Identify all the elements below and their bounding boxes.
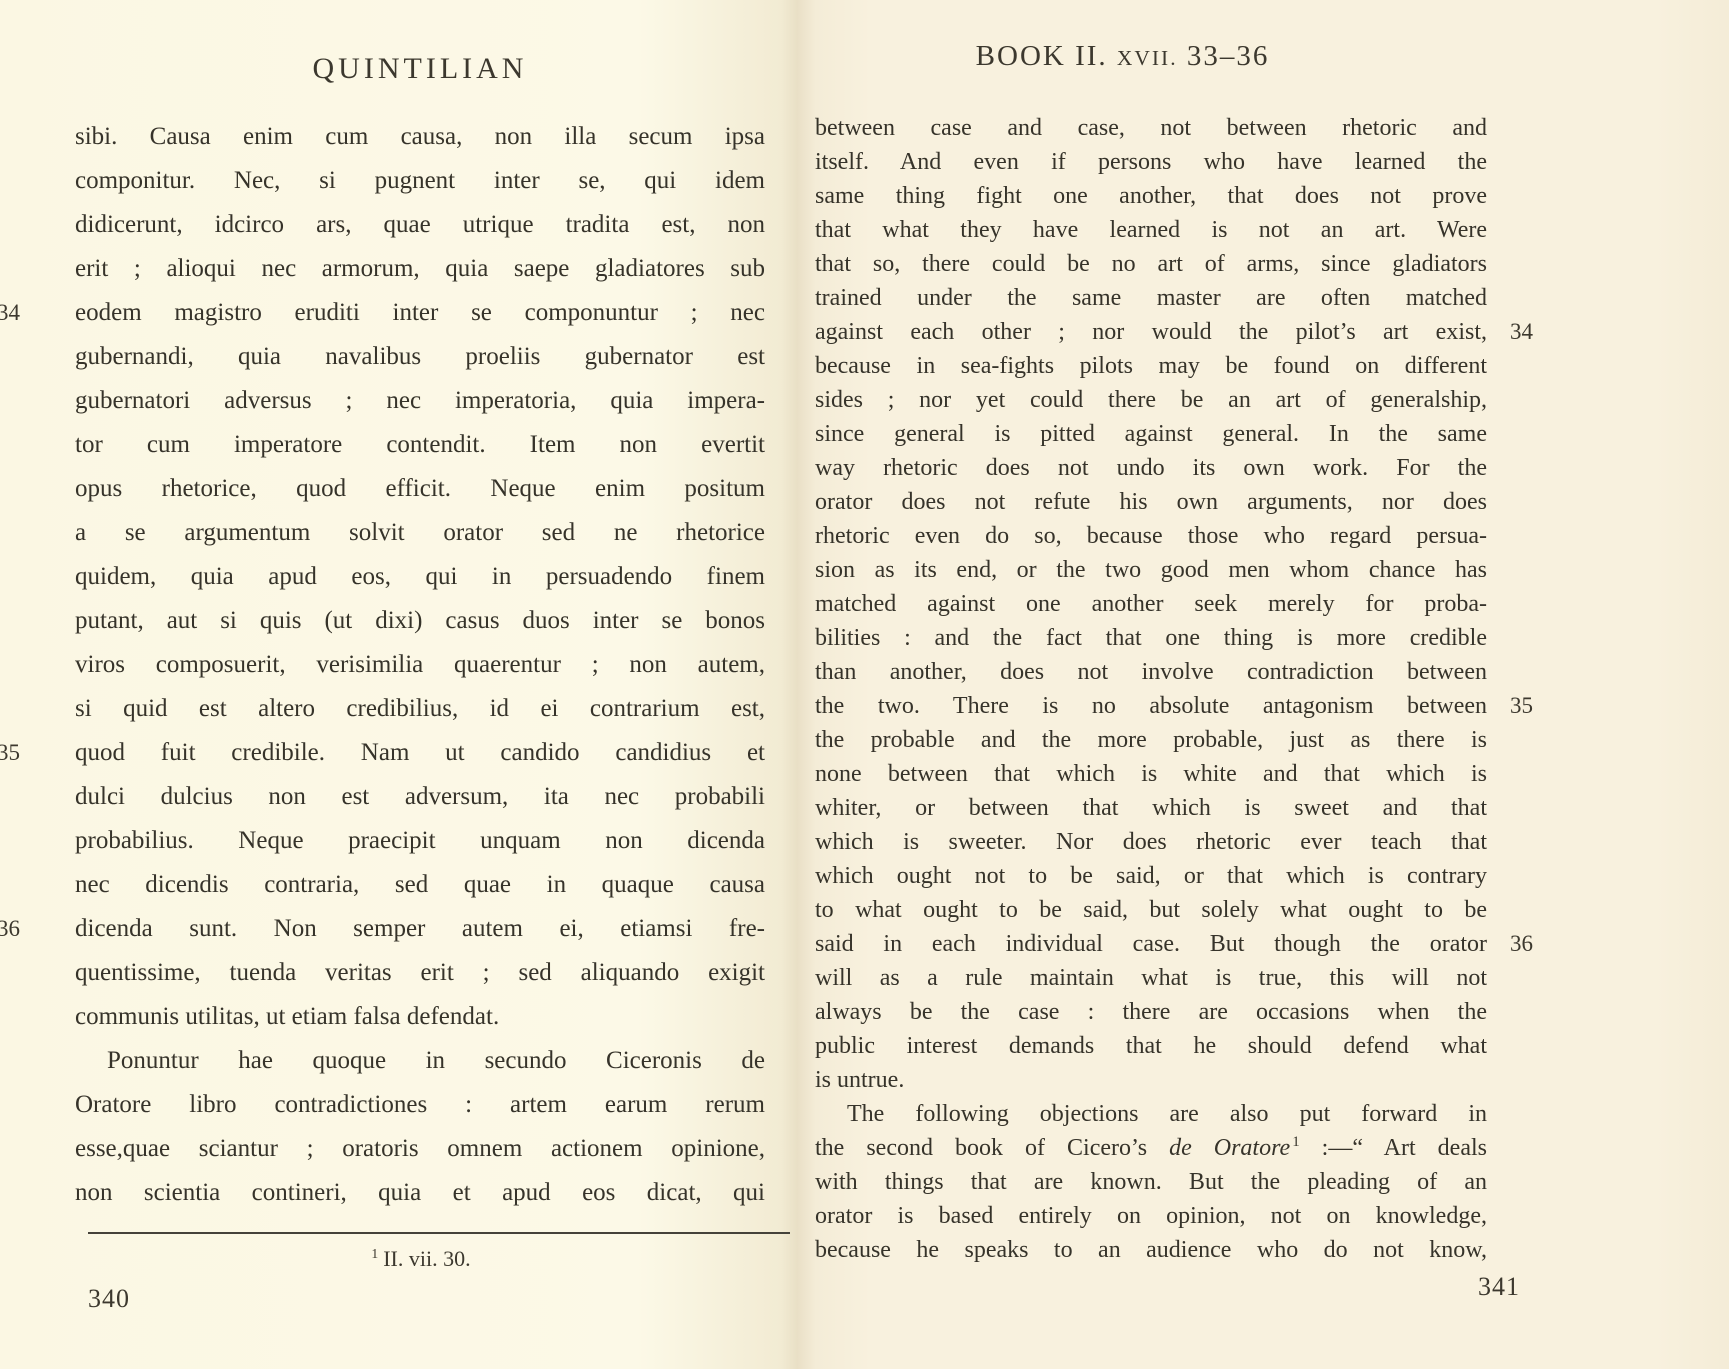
section-number: 34 — [1510, 315, 1533, 349]
text-line: gubernatori adversus ; nec imperatoria, … — [75, 379, 765, 423]
text-line: erit ; alioqui nec armorum, quia saepe g… — [75, 247, 765, 291]
text-line: same thing fight one another, that does … — [815, 179, 1487, 213]
left-text-block: sibi. Causa enim cum causa, non illa sec… — [75, 115, 765, 1215]
left-running-head: QUINTILIAN — [75, 52, 765, 86]
text-line: eodem magistro eruditi inter se componun… — [75, 291, 765, 335]
footnote-marker: 1 — [371, 1246, 378, 1261]
text-line: probabilius. Neque praecipit unquam non … — [75, 819, 765, 863]
running-head-book: BOOK II. — [976, 40, 1108, 72]
section-number: 35 — [0, 731, 20, 775]
section-number: 35 — [1510, 689, 1533, 723]
section-number: 34 — [0, 291, 20, 335]
text-line: against each other ; nor would the pilot… — [815, 315, 1487, 349]
text-line: orator does not refute his own arguments… — [815, 485, 1487, 519]
text-line: orator is based entirely on opinion, not… — [815, 1199, 1487, 1233]
text-line: matched against one another seek merely … — [815, 587, 1487, 621]
text-line: The following objections are also put fo… — [815, 1097, 1487, 1131]
text-line: Oratore libro contradictiones : artem ea… — [75, 1083, 765, 1127]
book-spread: QUINTILIAN sibi. Causa enim cum causa, n… — [0, 0, 1729, 1369]
text-line: sibi. Causa enim cum causa, non illa sec… — [75, 115, 765, 159]
text-line: quod fuit credibile. Nam ut candido cand… — [75, 731, 765, 775]
text-line: quentissime, tuenda veritas erit ; sed a… — [75, 951, 765, 995]
text-line: the two. There is no absolute antagonism… — [815, 689, 1487, 723]
text-line: itself. And even if persons who have lea… — [815, 145, 1487, 179]
text-line: dulci dulcius non est adversum, ita nec … — [75, 775, 765, 819]
text-line: viros composuerit, verisimilia quaerentu… — [75, 643, 765, 687]
text-segment: :—“ Art deals — [1300, 1135, 1487, 1161]
text-line: that so, there could be no art of arms, … — [815, 247, 1487, 281]
footnote: 1II. vii. 30. — [75, 1246, 765, 1272]
text-line: si quid est altero credibilius, id ei co… — [75, 687, 765, 731]
text-line: said in each individual case. But though… — [815, 927, 1487, 961]
footnote-rule — [88, 1232, 790, 1234]
text-line: esse,quae sciantur ; oratoris omnem acti… — [75, 1127, 765, 1171]
text-line: nec dicendis contraria, sed quae in quaq… — [75, 863, 765, 907]
text-line: because he speaks to an audience who do … — [815, 1233, 1487, 1267]
text-line: sion as its end, or the two good men who… — [815, 553, 1487, 587]
right-text-block: between case and case, not between rheto… — [815, 111, 1487, 1267]
text-line: rhetoric even do so, because those who r… — [815, 519, 1487, 553]
text-line: gubernandi, quia navalibus proeliis gube… — [75, 335, 765, 379]
text-line: that what they have learned is not an ar… — [815, 213, 1487, 247]
text-line: a se argumentum solvit orator sed ne rhe… — [75, 511, 765, 555]
running-head-section: xvii. — [1117, 46, 1178, 70]
right-running-head: BOOK II. xvii. 33–36 — [815, 40, 1430, 73]
footnote-reference: 1 — [1292, 1134, 1299, 1150]
text-line: whiter, or between that which is sweet a… — [815, 791, 1487, 825]
text-line: way rhetoric does not undo its own work.… — [815, 451, 1487, 485]
text-line: didicerunt, idcirco ars, quae utrique tr… — [75, 203, 765, 247]
text-line: opus rhetorice, quod efficit. Neque enim… — [75, 467, 765, 511]
footnote-text: II. vii. 30. — [383, 1246, 470, 1271]
text-line: communis utilitas, ut etiam falsa defend… — [75, 995, 765, 1039]
text-line: which is sweeter. Nor does rhetoric ever… — [815, 825, 1487, 859]
text-line: than another, does not involve contradic… — [815, 655, 1487, 689]
work-title: de Oratore — [1169, 1135, 1290, 1161]
right-page-number: 341 — [1478, 1272, 1520, 1302]
text-segment: the second book of Cicero’s — [815, 1135, 1169, 1161]
text-line: to what ought to be said, but solely wha… — [815, 893, 1487, 927]
text-line: bilities : and the fact that one thing i… — [815, 621, 1487, 655]
text-line: public interest demands that he should d… — [815, 1029, 1487, 1063]
text-line: is untrue. — [815, 1063, 1487, 1097]
text-line: sides ; nor yet could there be an art of… — [815, 383, 1487, 417]
running-head-range: 33–36 — [1187, 40, 1270, 72]
page-right: BOOK II. xvii. 33–36 between case and ca… — [797, 0, 1729, 1369]
text-line: non scientia contineri, quia et apud eos… — [75, 1171, 765, 1215]
text-line: componitur. Nec, si pugnent inter se, qu… — [75, 159, 765, 203]
text-line: with things that are known. But the plea… — [815, 1165, 1487, 1199]
text-line: because in sea-fights pilots may be foun… — [815, 349, 1487, 383]
text-line: will as a rule maintain what is true, th… — [815, 961, 1487, 995]
text-line: the second book of Cicero’s de Oratore1 … — [815, 1131, 1487, 1165]
text-line: putant, aut si quis (ut dixi) casus duos… — [75, 599, 765, 643]
text-line: always be the case : there are occasions… — [815, 995, 1487, 1029]
section-number: 36 — [0, 907, 20, 951]
page-left: QUINTILIAN sibi. Causa enim cum causa, n… — [0, 0, 797, 1369]
text-line: trained under the same master are often … — [815, 281, 1487, 315]
text-line: tor cum imperatore contendit. Item non e… — [75, 423, 765, 467]
left-page-number: 340 — [88, 1284, 130, 1314]
text-line: between case and case, not between rheto… — [815, 111, 1487, 145]
text-line: which ought not to be said, or that whic… — [815, 859, 1487, 893]
text-line: since general is pitted against general.… — [815, 417, 1487, 451]
text-line: dicenda sunt. Non semper autem ei, etiam… — [75, 907, 765, 951]
text-line: Ponuntur hae quoque in secundo Ciceronis… — [75, 1039, 765, 1083]
text-line: none between that which is white and tha… — [815, 757, 1487, 791]
text-line: the probable and the more probable, just… — [815, 723, 1487, 757]
section-number: 36 — [1510, 927, 1533, 961]
text-line: quidem, quia apud eos, qui in persuadend… — [75, 555, 765, 599]
